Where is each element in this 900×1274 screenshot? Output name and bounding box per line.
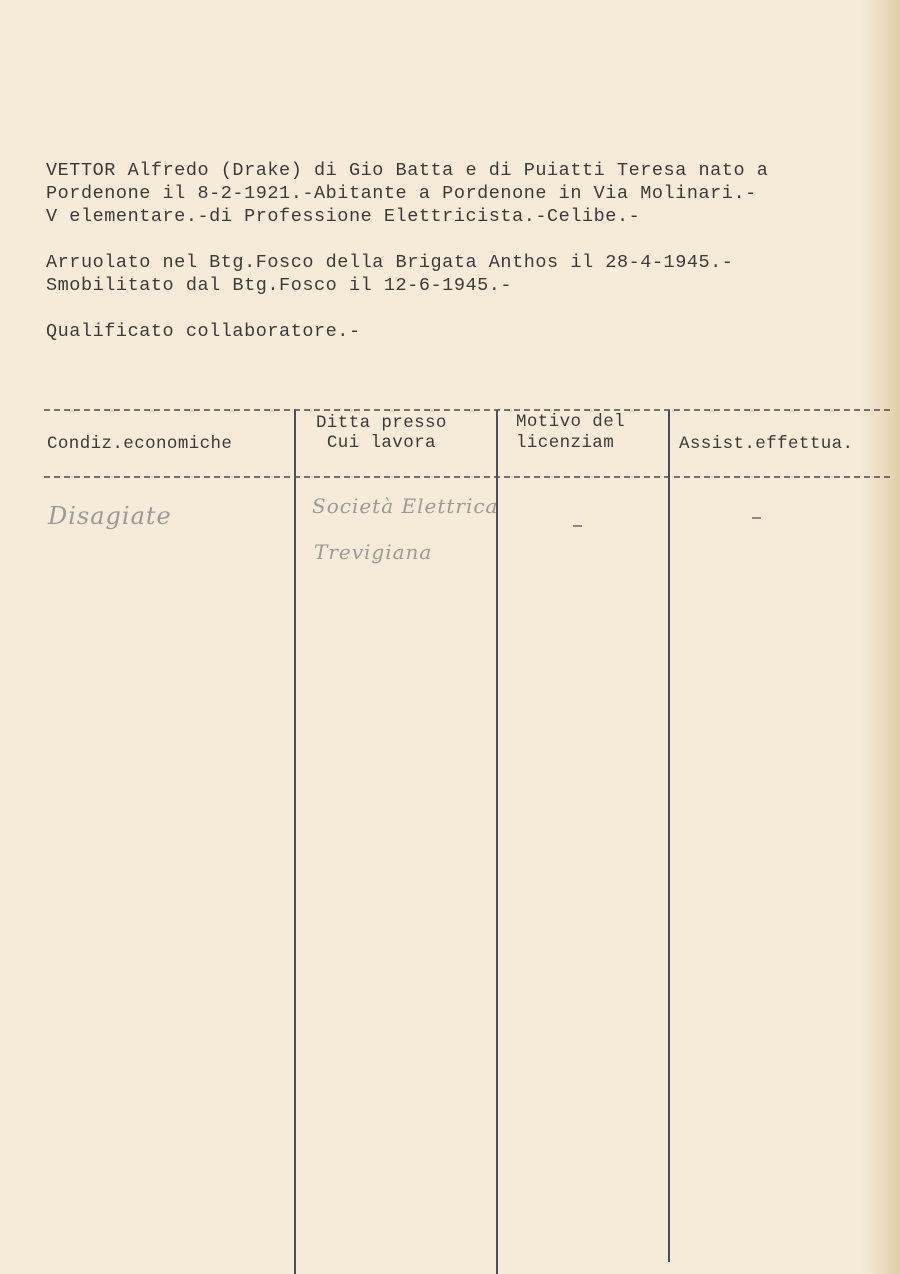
personal-info-line-2: Pordenone il 8-2-1921.-Abitante a Porden… xyxy=(46,182,757,205)
handwritten-ditta-line-2: Trevigiana xyxy=(314,540,432,564)
personal-info-line-3: V elementare.-di Professione Elettricist… xyxy=(46,205,640,228)
qualification-line: Qualificato collaboratore.- xyxy=(46,320,361,343)
header-motivo-line-2: licenziam xyxy=(516,433,614,453)
handwritten-ditta-line-1: Società Elettrica xyxy=(312,494,498,518)
header-ditta-line-1: Ditta presso xyxy=(316,413,447,433)
service-demobilized-line: Smobilitato dal Btg.Fosco il 12-6-1945.- xyxy=(46,274,512,297)
column-divider-2 xyxy=(496,410,498,1274)
motivo-empty-dash xyxy=(573,525,582,527)
service-enlisted-line: Arruolato nel Btg.Fosco della Brigata An… xyxy=(46,251,733,274)
handwritten-condizioni: Disagiate xyxy=(48,502,172,530)
column-divider-1 xyxy=(294,410,296,1274)
table-header-bottom-rule xyxy=(44,476,890,478)
personal-info-line-1: VETTOR Alfredo (Drake) di Gio Batta e di… xyxy=(46,159,768,182)
column-divider-3 xyxy=(668,410,670,1262)
header-condizioni-economiche: Condiz.economiche xyxy=(47,434,232,454)
header-ditta-line-2: Cui lavora xyxy=(316,433,436,453)
header-assistenza: Assist.effettua. xyxy=(679,434,853,454)
header-motivo-line-1: Motivo del xyxy=(516,412,625,432)
table-top-rule xyxy=(44,409,890,411)
assistenza-empty-dash xyxy=(752,517,761,519)
